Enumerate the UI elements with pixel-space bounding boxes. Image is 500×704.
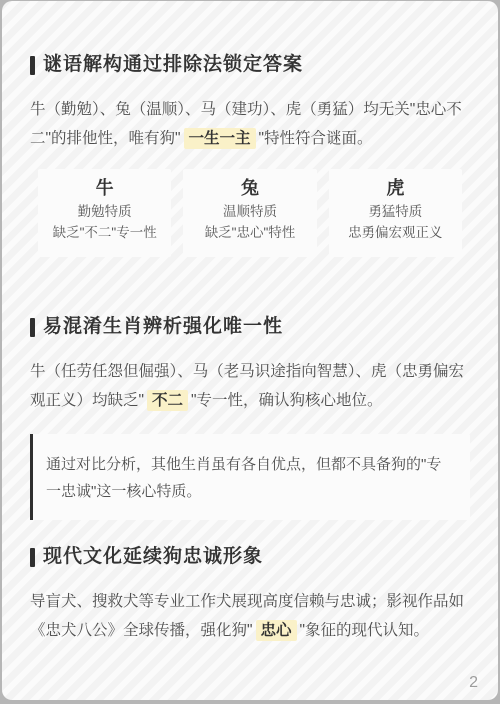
highlight-term: 忠心 (256, 620, 297, 641)
section-header-riddle-deconstruction: 谜语解构通过排除法锁定答案 (30, 55, 470, 75)
animal-trait: 忠勇偏宏观正义 (348, 222, 443, 243)
paragraph-text: "象征的现代认知。 (300, 622, 430, 639)
animal-card-ox: 牛 勤勉特质 缺乏"不二"专一性 (38, 169, 171, 257)
section-header-modern-culture: 现代文化延续狗忠诚形象 (30, 547, 470, 567)
section-title: 现代文化延续狗忠诚形象 (43, 547, 263, 567)
animal-trait: 缺乏"忠心"特性 (205, 222, 296, 243)
animal-comparison-cards: 牛 勤勉特质 缺乏"不二"专一性 兔 温顺特质 缺乏"忠心"特性 虎 勇猛特质 … (38, 169, 462, 257)
page-number: 2 (469, 674, 478, 692)
section-title: 谜语解构通过排除法锁定答案 (43, 55, 303, 75)
paragraph-text: "特性符合谜面。 (259, 130, 373, 147)
highlight-term: 不二 (147, 390, 188, 411)
animal-trait: 勤勉特质 (78, 201, 132, 222)
animal-trait: 缺乏"不二"专一性 (53, 222, 157, 243)
quote-text: 通过对比分析，其他生肖虽有各自优点，但都不具备狗的"专一忠诚"这一核心特质。 (46, 456, 441, 500)
section-accent-bar (30, 318, 35, 337)
section-accent-bar (30, 56, 35, 75)
animal-card-rabbit: 兔 温顺特质 缺乏"忠心"特性 (183, 169, 316, 257)
paragraph-zodiac-discrimination: 牛（任劳任怨但倔强）、马（老马识途指向智慧）、虎（忠勇偏宏观正义）均缺乏"不二"… (30, 357, 470, 415)
animal-card-tiger: 虎 勇猛特质 忠勇偏宏观正义 (329, 169, 462, 257)
page-content: 谜语解构通过排除法锁定答案 牛（勤勉）、兔（温顺）、马（建功）、虎（勇猛）均无关… (2, 1, 498, 700)
section-accent-bar (30, 548, 35, 567)
paragraph-riddle-analysis: 牛（勤勉）、兔（温顺）、马（建功）、虎（勇猛）均无关"忠心不二"的排他性，唯有狗… (30, 95, 470, 153)
highlight-term: 一生一主 (184, 128, 256, 149)
animal-trait: 勇猛特质 (368, 201, 422, 222)
section-header-zodiac-discrimination: 易混淆生肖辨析强化唯一性 (30, 317, 470, 337)
animal-name: 虎 (386, 175, 404, 201)
animal-trait: 温顺特质 (223, 201, 277, 222)
paragraph-text: "专一性，确认狗核心地位。 (191, 392, 383, 409)
article-page: 谜语解构通过排除法锁定答案 牛（勤勉）、兔（温顺）、马（建功）、虎（勇猛）均无关… (2, 1, 498, 700)
animal-name: 牛 (96, 175, 114, 201)
paragraph-modern-culture: 导盲犬、搜救犬等专业工作犬展现高度信赖与忠诚；影视作品如《忠犬八公》全球传播，强… (30, 587, 470, 645)
section-title: 易混淆生肖辨析强化唯一性 (43, 317, 283, 337)
animal-name: 兔 (241, 175, 259, 201)
quote-block: 通过对比分析，其他生肖虽有各自优点，但都不具备狗的"专一忠诚"这一核心特质。 (30, 434, 470, 520)
